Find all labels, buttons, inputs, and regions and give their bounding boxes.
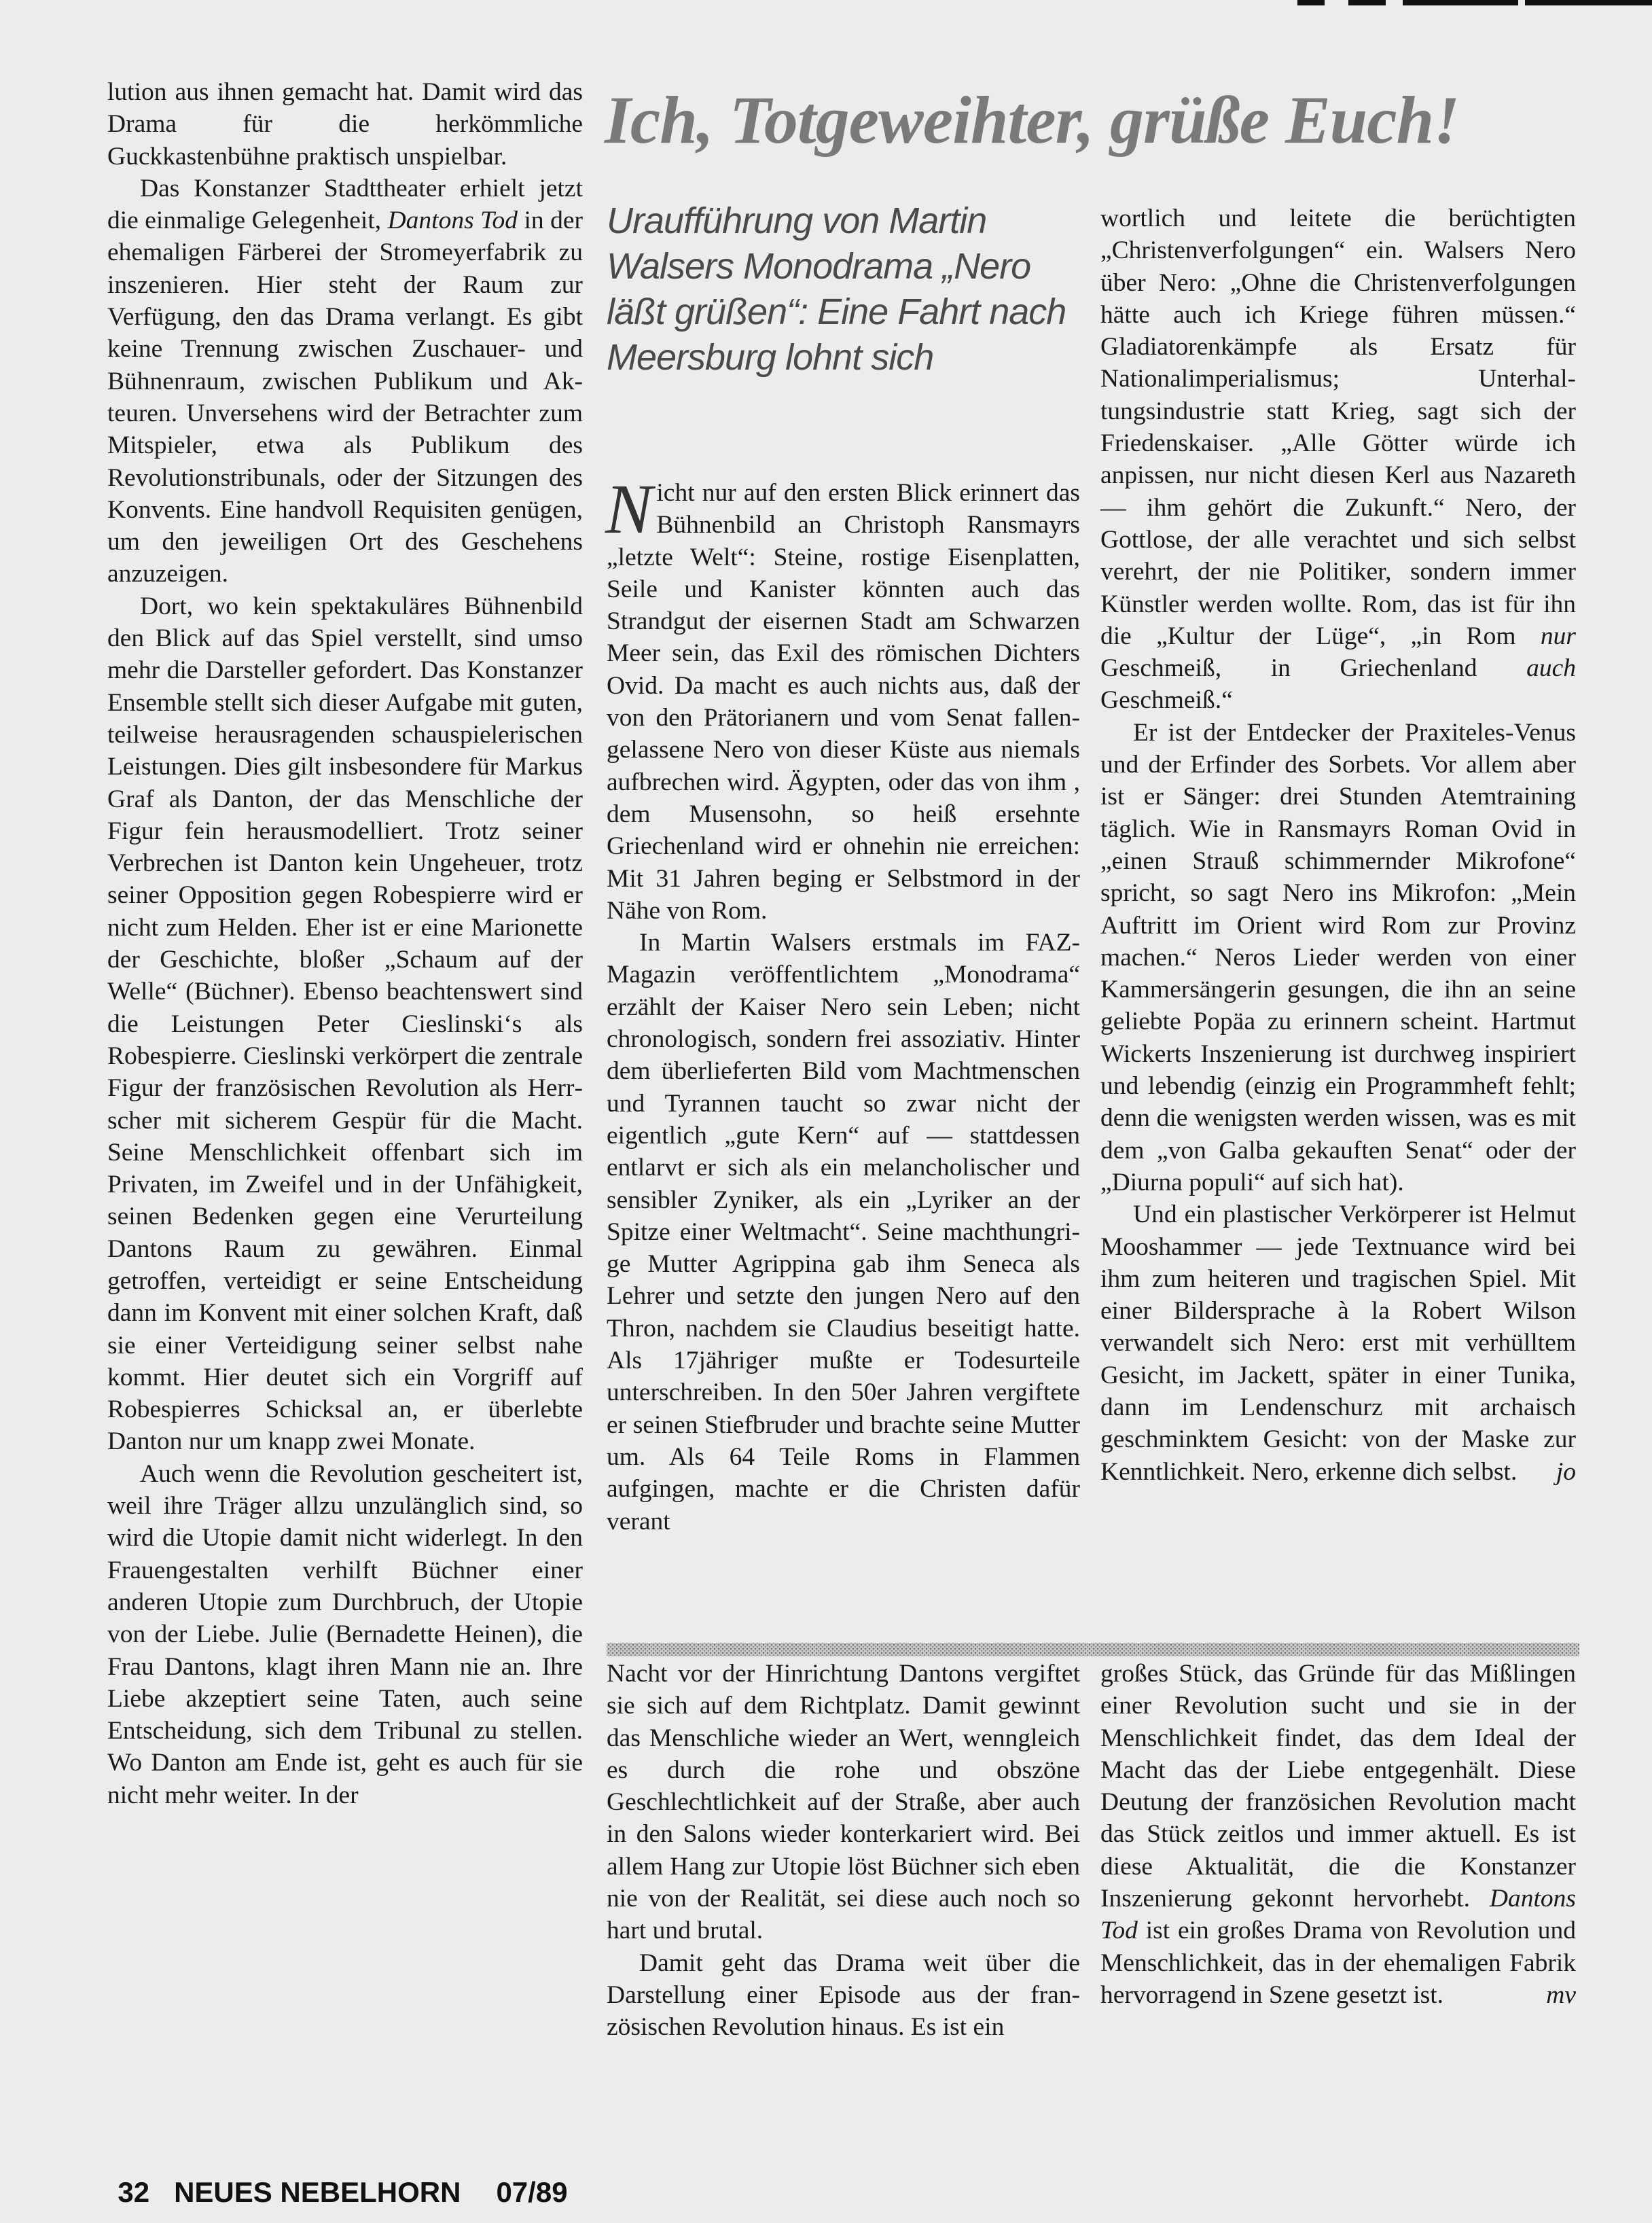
paragraph: lution aus ihnen gemacht hat. Damit wird… xyxy=(107,76,583,173)
danton-article-column-1: lution aus ihnen gemacht hat. Damit wird… xyxy=(107,76,583,1811)
section-divider xyxy=(607,1643,1579,1656)
paragraph: Nacht vor der Hinrichtung Dantons ver­gi… xyxy=(607,1658,1080,1947)
nero-article-column-3: wortlich und leitete die berüchtigten „C… xyxy=(1100,202,1576,1488)
author-signature: jo xyxy=(1524,1456,1576,1488)
top-edge-bar xyxy=(1403,0,1518,5)
paragraph: In Martin Walsers erstmals im FAZ-Magazi… xyxy=(607,927,1080,1537)
paragraph: Und ein plastischer Verkörperer ist Helm… xyxy=(1100,1198,1576,1488)
paragraph: Damit geht das Drama weit über die Darst… xyxy=(607,1947,1080,2044)
issue-number: 07/89 xyxy=(496,2175,567,2209)
paragraph-text: wortlich und leitete die berüchtigten „C… xyxy=(1100,204,1576,650)
top-edge-bar xyxy=(1525,0,1652,5)
paragraph: Nicht nur auf den ersten Blick erin­nert… xyxy=(607,477,1080,927)
paragraph: wortlich und leitete die berüchtigten „C… xyxy=(1100,202,1576,717)
emphasis: nur xyxy=(1541,622,1576,650)
top-edge-bar xyxy=(1297,0,1325,5)
paragraph-text: großes Stück, das Gründe für das Miß­lin… xyxy=(1100,1660,1576,1913)
paragraph-text: ist ein großes Drama von Revolution und … xyxy=(1100,1917,1576,2009)
danton-article-column-3: großes Stück, das Gründe für das Miß­lin… xyxy=(1100,1658,1576,2011)
magazine-name: NEUES NEBELHORN xyxy=(174,2175,461,2209)
paragraph: Das Konstanzer Stadttheater erhielt jetz… xyxy=(107,173,583,590)
paragraph: Dort, wo kein spektakuläres Bühnen­bild … xyxy=(107,590,583,1458)
paragraph-text: Und ein plastischer Verkörperer ist Helm… xyxy=(1100,1201,1576,1485)
author-signature: mv xyxy=(1546,1979,1576,2011)
emphasis: auch xyxy=(1526,654,1576,682)
paragraph: Er ist der Entdecker der Praxiteles-Venu… xyxy=(1100,717,1576,1198)
paragraph-text: Geschmeiß, in Griechenland xyxy=(1100,654,1477,682)
paragraph-text: icht nur auf den ersten Blick erin­nert … xyxy=(607,479,1080,925)
page-number: 32 xyxy=(118,2175,149,2209)
paragraph-text: Geschmeiß.“ xyxy=(1100,686,1233,714)
page-footer: 32NEUES NEBELHORN07/89 xyxy=(102,2141,568,2209)
paragraph-text: in der ehemaligen Färbe­rei der Stromeye… xyxy=(107,207,583,588)
play-title: Dantons Tod xyxy=(388,207,518,234)
nero-subheadline: Uraufführung von Martin Walsers Monodram… xyxy=(607,198,1069,380)
nero-article-column-2: Nicht nur auf den ersten Blick erin­nert… xyxy=(607,477,1080,1537)
dropcap: N xyxy=(605,482,652,537)
paragraph: Auch wenn die Revolution geschei­tert is… xyxy=(107,1458,583,1811)
nero-headline: Ich, Totgeweihter, grüße Euch! xyxy=(605,83,1459,158)
danton-article-column-2: Nacht vor der Hinrichtung Dantons ver­gi… xyxy=(607,1658,1080,2044)
paragraph: großes Stück, das Gründe für das Miß­lin… xyxy=(1100,1658,1576,2011)
top-edge-bar xyxy=(1348,0,1386,5)
